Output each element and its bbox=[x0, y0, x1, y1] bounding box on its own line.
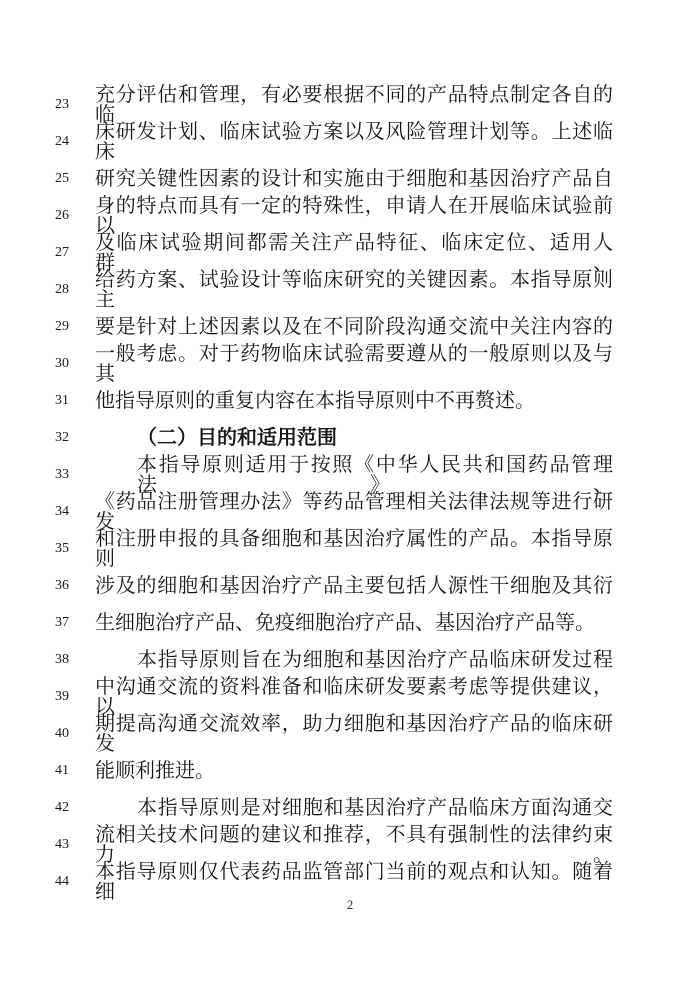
line-text: 能顺利推进。 bbox=[95, 761, 613, 781]
line-number: 38 bbox=[55, 652, 95, 668]
line-number: 39 bbox=[55, 689, 95, 705]
line-number: 42 bbox=[55, 800, 95, 816]
document-line: 41能顺利推进。 bbox=[0, 752, 700, 789]
line-text: 研究关键性因素的设计和实施由于细胞和基因治疗产品自 bbox=[95, 169, 613, 189]
line-text: 要是针对上述因素以及在不同阶段沟通交流中关注内容的 bbox=[95, 317, 613, 337]
document-line: 30一般考虑。对于药物临床试验需要遵从的一般原则以及与其 bbox=[0, 345, 700, 382]
document-line: 42本指导原则是对细胞和基因治疗产品临床方面沟通交 bbox=[0, 789, 700, 826]
line-number: 34 bbox=[55, 504, 95, 520]
line-text: 本指导原则仅代表药品监管部门当前的观点和认知。随着细 bbox=[95, 862, 613, 902]
document-line: 25研究关键性因素的设计和实施由于细胞和基因治疗产品自 bbox=[0, 160, 700, 197]
line-text: 床研发计划、临床试验方案以及风险管理计划等。上述临床 bbox=[95, 122, 613, 162]
document-line: 39中沟通交流的资料准备和临床研发要素考虑等提供建议，以 bbox=[0, 678, 700, 715]
document-line: 37生细胞治疗产品、免疫细胞治疗产品、基因治疗产品等。 bbox=[0, 604, 700, 641]
line-number: 30 bbox=[55, 356, 95, 372]
document-line: 43流相关技术问题的建议和推荐，不具有强制性的法律约束力。 bbox=[0, 826, 700, 863]
line-text: 本指导原则适用于按照《中华人民共和国药品管理法》、 bbox=[95, 455, 613, 495]
line-number: 44 bbox=[55, 874, 95, 890]
document-line: 26身的特点而具有一定的特殊性，申请人在开展临床试验前以 bbox=[0, 197, 700, 234]
line-text: 涉及的细胞和基因治疗产品主要包括人源性干细胞及其衍 bbox=[95, 576, 613, 596]
line-text: 本指导原则是对细胞和基因治疗产品临床方面沟通交 bbox=[95, 798, 613, 818]
line-number: 32 bbox=[55, 430, 95, 446]
line-number: 31 bbox=[55, 393, 95, 409]
line-number: 23 bbox=[55, 97, 95, 113]
line-text: 流相关技术问题的建议和推荐，不具有强制性的法律约束力。 bbox=[95, 825, 613, 865]
line-text: 给药方案、试验设计等临床研究的关键因素。本指导原则主 bbox=[95, 270, 613, 310]
document-line: 33本指导原则适用于按照《中华人民共和国药品管理法》、 bbox=[0, 456, 700, 493]
line-number: 26 bbox=[55, 208, 95, 224]
line-text: 充分评估和管理，有必要根据不同的产品特点制定各自的临 bbox=[95, 85, 613, 125]
document-line: 40期提高沟通交流效率，助力细胞和基因治疗产品的临床研发 bbox=[0, 715, 700, 752]
document-line: 44本指导原则仅代表药品监管部门当前的观点和认知。随着细 bbox=[0, 863, 700, 900]
document-line: 24床研发计划、临床试验方案以及风险管理计划等。上述临床 bbox=[0, 123, 700, 160]
document-line: 38本指导原则旨在为细胞和基因治疗产品临床研发过程 bbox=[0, 641, 700, 678]
document-line: 35和注册申报的具备细胞和基因治疗属性的产品。本指导原则 bbox=[0, 530, 700, 567]
document-line: 28给药方案、试验设计等临床研究的关键因素。本指导原则主 bbox=[0, 271, 700, 308]
line-number: 40 bbox=[55, 726, 95, 742]
line-number: 25 bbox=[55, 171, 95, 187]
line-text: 中沟通交流的资料准备和临床研发要素考虑等提供建议，以 bbox=[95, 677, 613, 717]
page-number: 2 bbox=[0, 897, 700, 913]
line-text: 及临床试验期间都需关注产品特征、临床定位、适用人群、 bbox=[95, 233, 613, 273]
document-page: 23充分评估和管理，有必要根据不同的产品特点制定各自的临24床研发计划、临床试验… bbox=[0, 0, 700, 990]
line-text: 一般考虑。对于药物临床试验需要遵从的一般原则以及与其 bbox=[95, 344, 613, 384]
line-number: 35 bbox=[55, 541, 95, 557]
document-line: 36涉及的细胞和基因治疗产品主要包括人源性干细胞及其衍 bbox=[0, 567, 700, 604]
document-lines: 23充分评估和管理，有必要根据不同的产品特点制定各自的临24床研发计划、临床试验… bbox=[0, 86, 700, 900]
line-text: 身的特点而具有一定的特殊性，申请人在开展临床试验前以 bbox=[95, 196, 613, 236]
line-text: 《药品注册管理办法》等药品管理相关法律法规等进行研发 bbox=[95, 492, 613, 532]
line-number: 36 bbox=[55, 578, 95, 594]
line-number: 43 bbox=[55, 837, 95, 853]
document-line: 23充分评估和管理，有必要根据不同的产品特点制定各自的临 bbox=[0, 86, 700, 123]
line-number: 41 bbox=[55, 763, 95, 779]
document-line: 27及临床试验期间都需关注产品特征、临床定位、适用人群、 bbox=[0, 234, 700, 271]
line-number: 27 bbox=[55, 245, 95, 261]
line-number: 28 bbox=[55, 282, 95, 298]
line-text: 和注册申报的具备细胞和基因治疗属性的产品。本指导原则 bbox=[95, 529, 613, 569]
line-text: 生细胞治疗产品、免疫细胞治疗产品、基因治疗产品等。 bbox=[95, 613, 613, 633]
line-number: 29 bbox=[55, 319, 95, 335]
document-line: 34《药品注册管理办法》等药品管理相关法律法规等进行研发 bbox=[0, 493, 700, 530]
document-line: 32（二）目的和适用范围 bbox=[0, 419, 700, 456]
line-text: （二）目的和适用范围 bbox=[95, 428, 613, 448]
line-number: 24 bbox=[55, 134, 95, 150]
line-text: 他指导原则的重复内容在本指导原则中不再赘述。 bbox=[95, 391, 613, 411]
line-number: 33 bbox=[55, 467, 95, 483]
line-text: 期提高沟通交流效率，助力细胞和基因治疗产品的临床研发 bbox=[95, 714, 613, 754]
document-line: 29要是针对上述因素以及在不同阶段沟通交流中关注内容的 bbox=[0, 308, 700, 345]
line-text: 本指导原则旨在为细胞和基因治疗产品临床研发过程 bbox=[95, 650, 613, 670]
line-number: 37 bbox=[55, 615, 95, 631]
document-line: 31他指导原则的重复内容在本指导原则中不再赘述。 bbox=[0, 382, 700, 419]
